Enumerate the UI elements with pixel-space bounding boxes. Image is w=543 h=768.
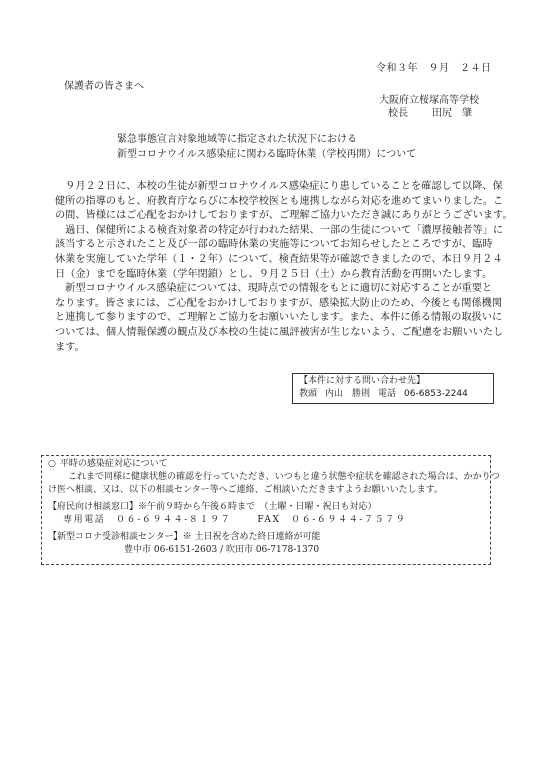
- fax-number: ０６-６９４４-７５７９: [291, 515, 406, 525]
- center-note: ※ 土日祝を含めた終日連絡が可能: [183, 532, 321, 542]
- document-title-line-1: 緊急事態宣言対象地域等に指定された状況下における: [117, 130, 357, 145]
- recipient-line: 保護者の皆さまへ: [64, 77, 144, 92]
- contact-box: 【本件に対する問い合わせ先】 教頭内山 勝則電話06-6853-2244: [292, 373, 494, 404]
- body-line: ９月２２日に、本校の生徒が新型コロナウイルス感染症にり患していることを確認して以…: [55, 180, 495, 195]
- document-date: 令和３年 ９月 ２４日: [376, 59, 492, 74]
- body-line: 健所の指導のもと、府教育庁ならびに本校学校医とも連携しながら対応を進めてまいりま…: [55, 195, 495, 210]
- body-line: 該当すると示されたこと及び一部の臨時休業の実施等についてお知らせしたところですが…: [55, 238, 495, 253]
- body-line: ます。: [55, 341, 495, 356]
- center-heading: 【新型コロナ受診相談センター】: [48, 532, 183, 542]
- body-line: 過日、保健所による検査対象者の特定が行われた結果、一部の生徒について「濃厚接触者…: [55, 224, 495, 239]
- fax-label: FAX: [257, 515, 280, 525]
- consult-heading: 【府民向け相談窓口】: [48, 502, 138, 512]
- consult-row: 【府民向け相談窓口】※午前９時から午後６時まで （土曜・日曜・祝日も対応）: [48, 501, 490, 514]
- principal-signature: 校長田尻 肇: [388, 104, 472, 119]
- contact-heading: 【本件に対する問い合わせ先】: [299, 375, 493, 388]
- consult-hours: ※午前９時から午後６時まで （土曜・日曜・祝日も対応）: [138, 502, 377, 512]
- body-line: 休業を実施していた学年（１・２年）について、検査結果等が確認できましたので、本日…: [55, 253, 495, 268]
- circle-bullet-icon: ○: [48, 458, 56, 471]
- center-phone-numbers: 豊中市 06-6151-2603 / 吹田市 06-7178-1370: [48, 544, 490, 557]
- consult-phone-row: 専用電話 ０６-６９４４-８１９７FAX ０６-６９４４-７５７９: [48, 514, 490, 527]
- notice-heading-row: ○平時の感染症対応について: [48, 458, 490, 471]
- body-line: ついては、個人情報保護の観点及び本校の生徒に風評被害が生じないよう、ご配慮をお願…: [55, 326, 495, 341]
- consult-phone-label: 専用電話: [63, 515, 105, 525]
- body-line: の間、皆様にはご心配をおかけしておりますが、ご理解ご協力いただき誠にありがとうご…: [55, 209, 495, 224]
- contact-role: 教頭: [299, 389, 317, 399]
- notice-text-line: これまで同様に健康状態の確認を行っていただき、いつもと違う状態や症状を確認された…: [48, 471, 490, 484]
- principal-name: 田尻 肇: [432, 108, 472, 119]
- contact-name: 内山 勝則: [325, 389, 370, 399]
- notice-heading: 平時の感染症対応について: [60, 459, 168, 469]
- body-line: なります。皆さまには、ご心配をおかけしておりますが、感染拡大防止のため、今後とも…: [55, 297, 495, 312]
- contact-details: 教頭内山 勝則電話06-6853-2244: [299, 388, 493, 401]
- consult-phone: ０６-６９４４-８１９７: [116, 515, 231, 525]
- body-line: と連携して参りますので、ご理解とご協力をお願いいたします。また、本件に係る情報の…: [55, 311, 495, 326]
- document-title-line-2: 新型コロナウイルス感染症に関わる臨時休業（学校再開）について: [117, 145, 416, 160]
- contact-phone-label: 電話: [378, 389, 396, 399]
- body-text: ９月２２日に、本校の生徒が新型コロナウイルス感染症にり患していることを確認して以…: [55, 180, 495, 355]
- body-line: 日（金）までを臨時休業（学年閉鎖）とし、９月２５日（土）から教育活動を再開いたし…: [55, 268, 495, 283]
- body-line: 新型コロナウイルス感染症については、現時点での情報をもとに適切に対応することが重…: [55, 282, 495, 297]
- notice-text-line: け医へ相談、又は、以下の相談センター等へご連絡、ご相談いただきますようお願いいた…: [48, 484, 490, 497]
- center-row: 【新型コロナ受診相談センター】※ 土日祝を含めた終日連絡が可能: [48, 531, 490, 544]
- notice-box: ○平時の感染症対応について これまで同様に健康状態の確認を行っていただき、いつも…: [41, 455, 491, 565]
- principal-title: 校長: [388, 108, 408, 119]
- contact-phone: 06-6853-2244: [404, 389, 468, 399]
